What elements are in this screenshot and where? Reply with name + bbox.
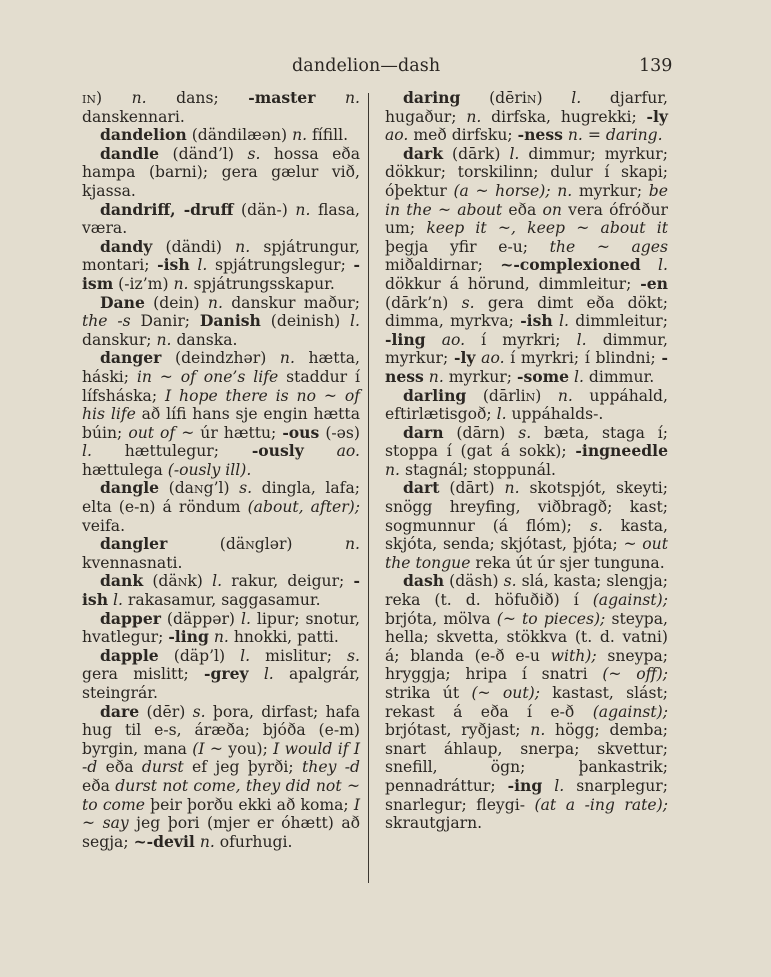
dictionary-entry: dare (dēr) s. þora, dirfast; hafa hug ti… bbox=[82, 703, 360, 852]
right-column: daring (dērin) l. djarfur, hugaður; n. d… bbox=[385, 89, 668, 833]
dictionary-entry: darn (dārn) s. bæta, staga í; stoppa í (… bbox=[385, 424, 668, 480]
dictionary-entry: dash (däsh) s. slá, kasta; slengja; reka… bbox=[385, 572, 668, 832]
dictionary-entry: dapper (däppər) l. lipur; snotur, hvatle… bbox=[82, 610, 360, 647]
dictionary-entry: in) n. dans; -master n. danskennari. bbox=[82, 89, 360, 126]
left-column: in) n. dans; -master n. danskennari.dand… bbox=[82, 89, 360, 851]
dictionary-entry: dandy (dändi) n. spjátrungur, montari; -… bbox=[82, 238, 360, 294]
dictionary-entry: dangler (dänglər) n. kvennasnati. bbox=[82, 535, 360, 572]
dictionary-entry: daring (dērin) l. djarfur, hugaður; n. d… bbox=[385, 89, 668, 145]
dictionary-entry: dart (dārt) n. skotspjót, skeyti; snögg … bbox=[385, 479, 668, 572]
dictionary-entry: danger (deindzhər) n. hætta, háski; in ~… bbox=[82, 349, 360, 479]
dictionary-entry: dandelion (dändilæən) n. fífill. bbox=[82, 126, 360, 145]
column-divider bbox=[368, 93, 369, 883]
dictionary-entry: dank (dänk) l. rakur, deigur; -ish l. ra… bbox=[82, 572, 360, 609]
dictionary-entry: dandle (dänd’l) s. hossa eða hampa (barn… bbox=[82, 145, 360, 201]
running-head: dandelion—dash bbox=[292, 56, 440, 76]
dictionary-entry: darling (dārlin) n. uppáhald, eftirlætis… bbox=[385, 387, 668, 424]
dictionary-page: dandelion—dash 139 in) n. dans; -master … bbox=[0, 0, 771, 977]
dictionary-entry: dandriff, -druff (dän-) n. flasa, væra. bbox=[82, 201, 360, 238]
dictionary-entry: dapple (däp’l) l. mislitur; s. gera misl… bbox=[82, 647, 360, 703]
dictionary-entry: dangle (dang’l) s. dingla, lafa; elta (e… bbox=[82, 479, 360, 535]
page-number: 139 bbox=[639, 56, 672, 76]
dictionary-entry: dark (dārk) l. dimmur; myrkur; dökkur; t… bbox=[385, 145, 668, 387]
dictionary-entry: Dane (dein) n. danskur maður; the -s Dan… bbox=[82, 294, 360, 350]
